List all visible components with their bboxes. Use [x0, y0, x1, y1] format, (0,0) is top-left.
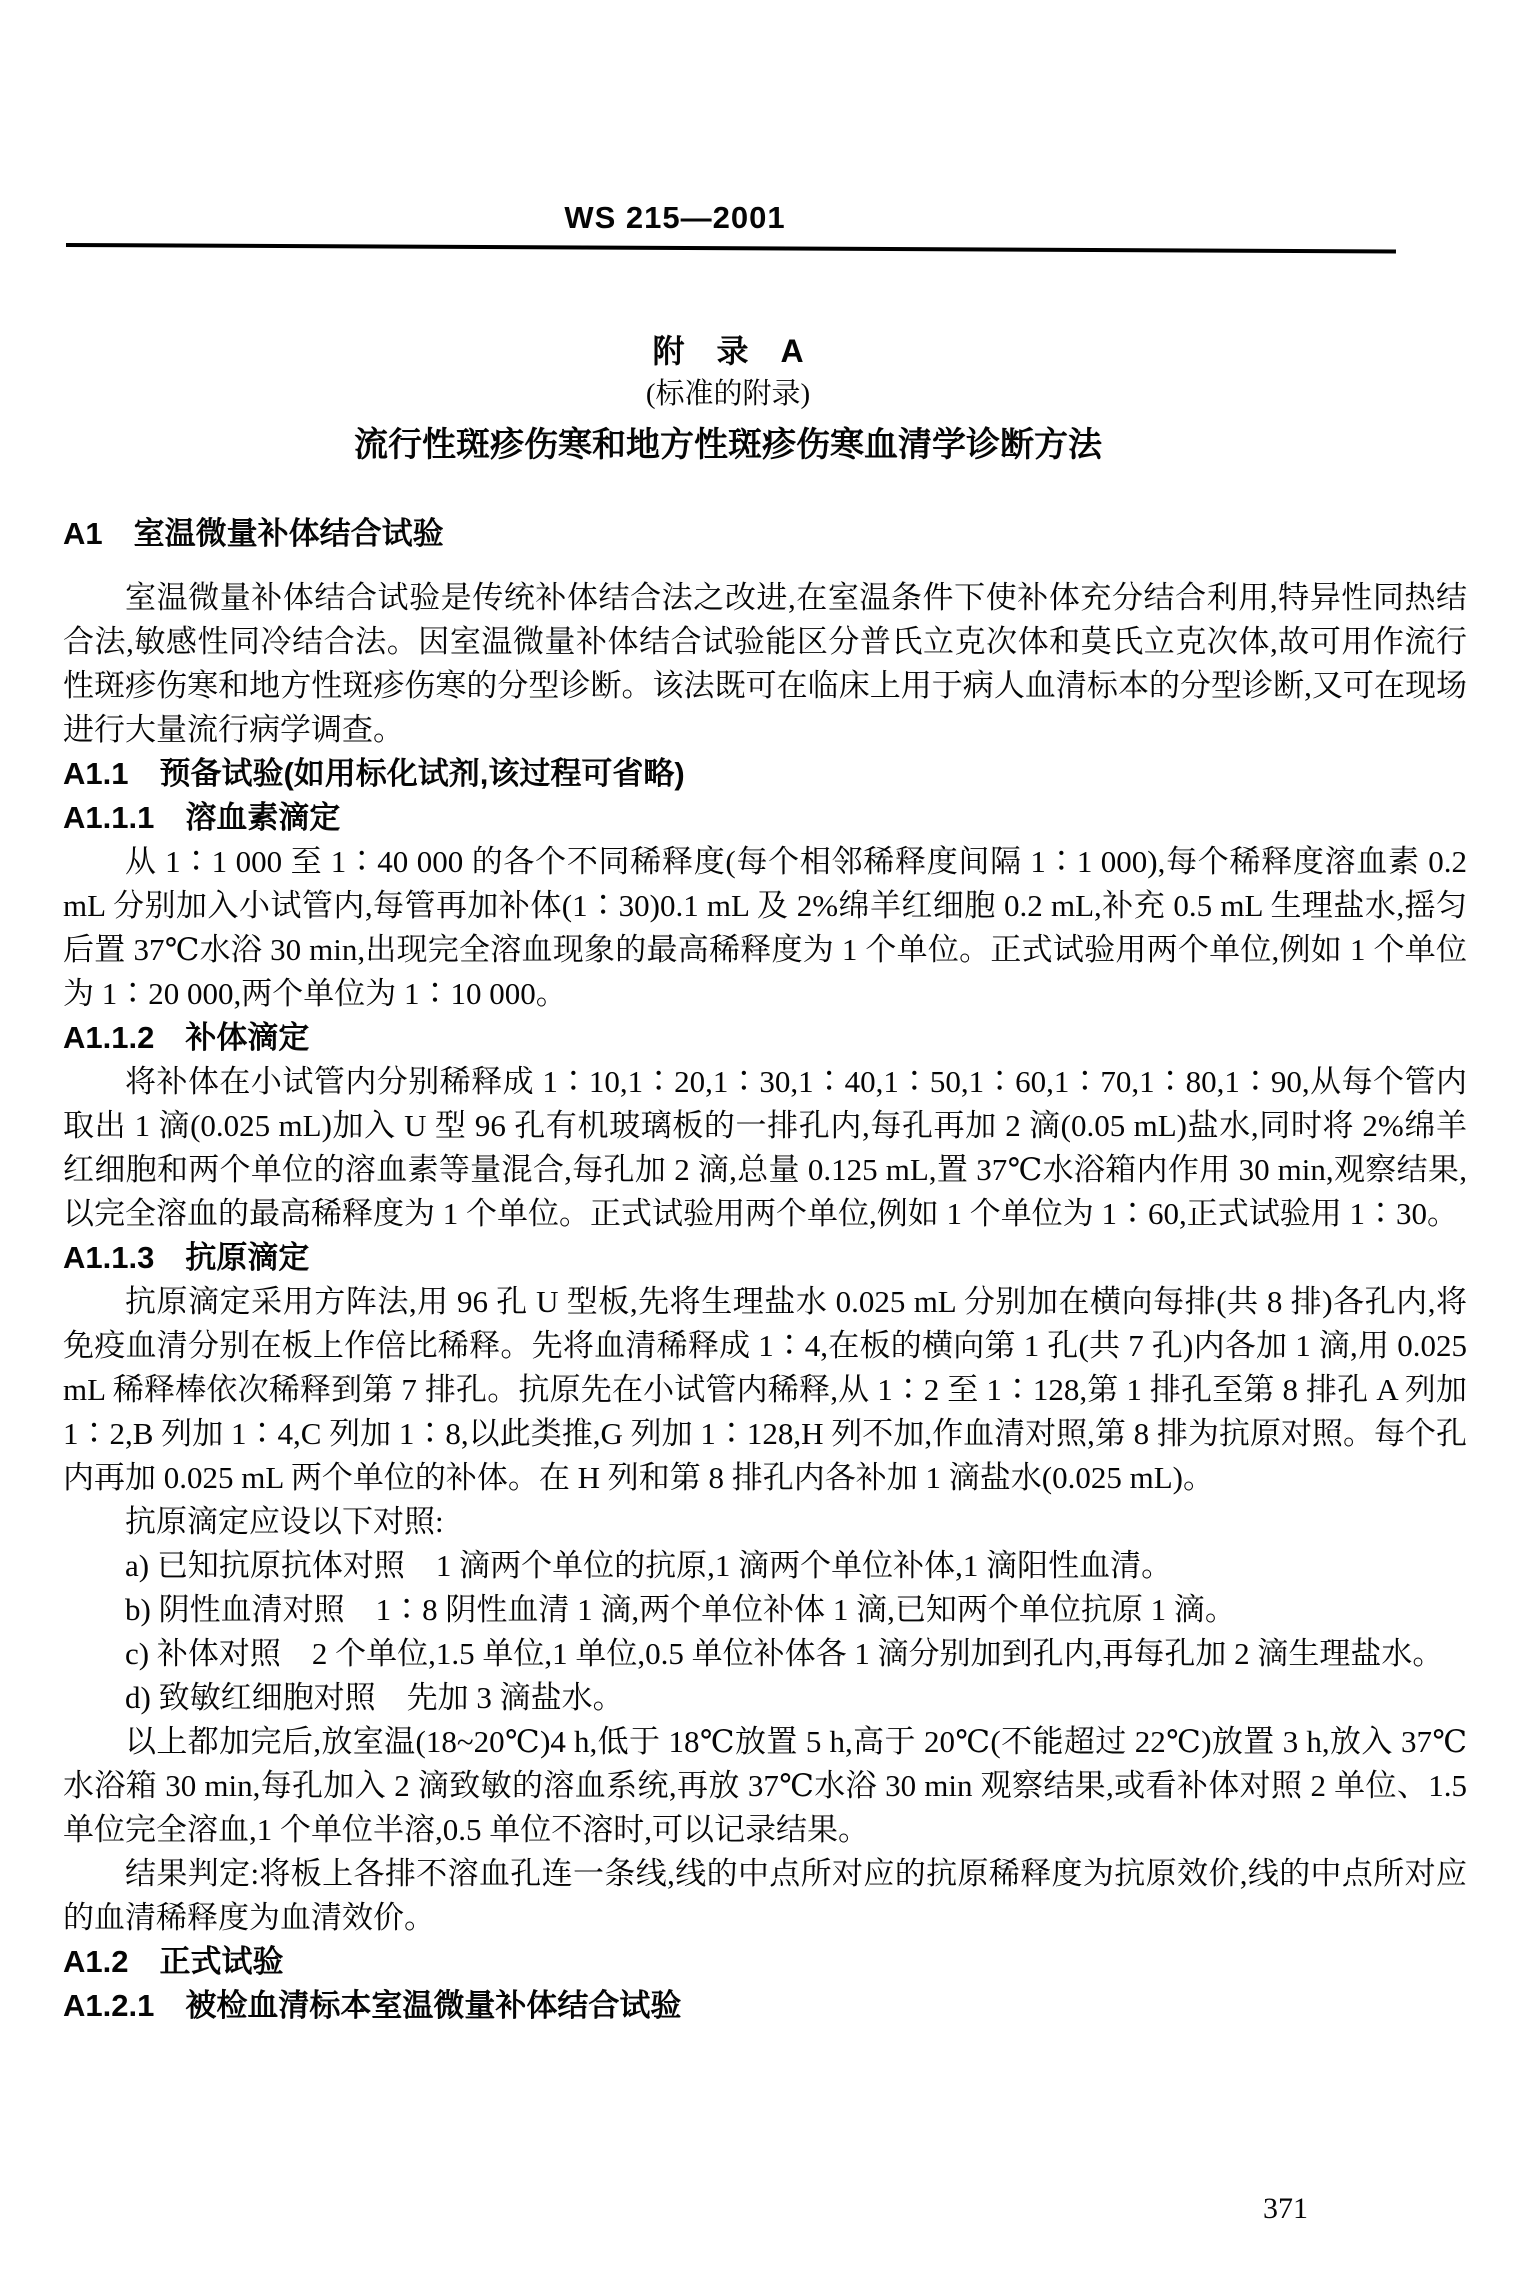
list-item-a: a) 已知抗原抗体对照 1 滴两个单位的抗原,1 滴两个单位补体,1 滴阳性血清… [63, 1544, 1467, 1588]
section-heading-a1: A1 室温微量补体结合试验 [63, 512, 1467, 556]
section-heading-a1-1-2: A1.1.2 补体滴定 [63, 1016, 1467, 1060]
section-heading-a1-1-1: A1.1.1 溶血素滴定 [63, 796, 1467, 840]
paragraph-result: 结果判定:将板上各排不溶血孔连一条线,线的中点所对应的抗原稀释度为抗原效价,线的… [63, 1852, 1467, 1940]
appendix-note: (标准的附录) [0, 371, 1456, 412]
section-heading-a1-1: A1.1 预备试验(如用标化试剂,该过程可省略) [63, 752, 1467, 796]
section-heading-a1-1-3: A1.1.3 抗原滴定 [63, 1236, 1467, 1280]
paragraph-hemolysin: 从 1∶1 000 至 1∶40 000 的各个不同稀释度(每个相邻稀释度间隔 … [63, 840, 1467, 1016]
header-divider-rule [66, 243, 1396, 253]
list-item-c: c) 补体对照 2 个单位,1.5 单位,1 单位,0.5 单位补体各 1 滴分… [63, 1632, 1467, 1676]
document-body: A1 室温微量补体结合试验 室温微量补体结合试验是传统补体结合法之改进,在室温条… [63, 512, 1467, 2028]
section-heading-a1-2-1: A1.2.1 被检血清标本室温微量补体结合试验 [63, 1984, 1467, 2028]
paragraph-controls-lead: 抗原滴定应设以下对照: [63, 1500, 1467, 1544]
list-item-d: d) 致敏红细胞对照 先加 3 滴盐水。 [63, 1676, 1467, 1720]
paragraph-a1-intro: 室温微量补体结合试验是传统补体结合法之改进,在室温条件下使补体充分结合利用,特异… [63, 576, 1467, 752]
appendix-label: 附 录 A [0, 326, 1456, 372]
page-number: 371 [63, 2192, 1308, 2226]
standard-code: WS 215—2001 [0, 200, 1350, 236]
list-item-b: b) 阴性血清对照 1∶8 阴性血清 1 滴,两个单位补体 1 滴,已知两个单位… [63, 1588, 1467, 1632]
paragraph-incubation: 以上都加完后,放室温(18~20℃)4 h,低于 18℃放置 5 h,高于 20… [63, 1720, 1467, 1852]
document-page: WS 215—2001 附 录 A (标准的附录) 流行性斑疹伤寒和地方性斑疹伤… [0, 0, 1536, 2285]
paragraph-complement: 将补体在小试管内分别稀释成 1∶10,1∶20,1∶30,1∶40,1∶50,1… [63, 1060, 1467, 1236]
section-heading-a1-2: A1.2 正式试验 [63, 1940, 1467, 1984]
appendix-title: 流行性斑疹伤寒和地方性斑疹伤寒血清学诊断方法 [0, 417, 1456, 466]
paragraph-antigen: 抗原滴定采用方阵法,用 96 孔 U 型板,先将生理盐水 0.025 mL 分别… [63, 1280, 1467, 1500]
